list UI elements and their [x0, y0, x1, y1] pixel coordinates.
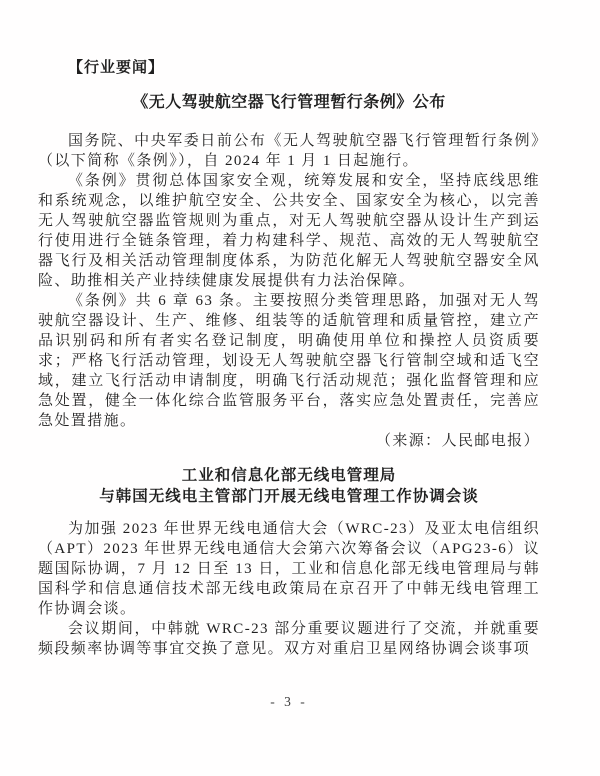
article1-title: 《无人驾驶航空器飞行管理暂行条例》公布 [38, 93, 540, 113]
article2-title: 工业和信息化部无线电管理局 与韩国无线电主管部门开展无线电管理工作协调会谈 [38, 465, 540, 507]
article1-paragraph-2: 《条例》贯彻总体国家安全观，统筹发展和安全，坚持底线思维和系统观念，以维护航空安… [38, 171, 540, 291]
page-number: - 3 - [38, 694, 540, 710]
article2-title-line1: 工业和信息化部无线电管理局 [38, 465, 540, 486]
article2-paragraph-1: 为加强 2023 年世界无线电通信大会（WRC-23）及亚太电信组织（APT）2… [38, 519, 540, 619]
document-page: 【行业要闻】 《无人驾驶航空器飞行管理暂行条例》公布 国务院、中央军委日前公布《… [0, 0, 600, 776]
article2-paragraph-2: 会议期间，中韩就 WRC-23 部分重要议题进行了交流，并就重要频段频率协调等事… [38, 619, 540, 659]
article2-title-line2: 与韩国无线电主管部门开展无线电管理工作协调会谈 [38, 486, 540, 507]
source-attribution: （来源：人民邮电报） [38, 431, 540, 451]
article1-paragraph-1: 国务院、中央军委日前公布《无人驾驶航空器飞行管理暂行条例》（以下简称《条例》），… [38, 131, 540, 171]
section-label: 【行业要闻】 [38, 58, 540, 78]
article1-paragraph-3: 《条例》共 6 章 63 条。主要按照分类管理思路，加强对无人驾驶航空器设计、生… [38, 291, 540, 431]
